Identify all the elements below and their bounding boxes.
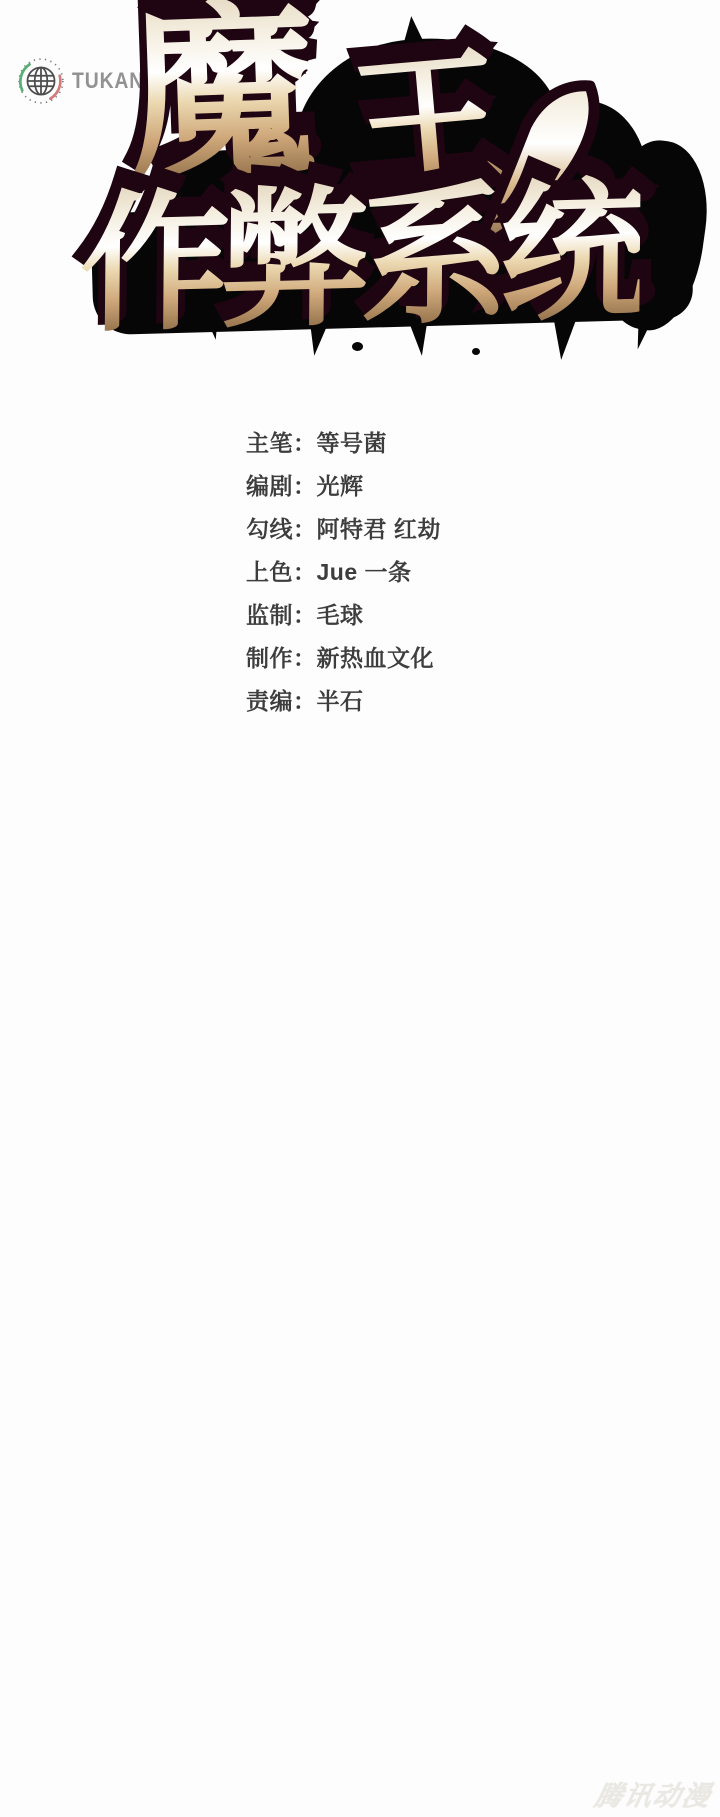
credit-row-lead-artist: 主笔：等号菌 — [246, 420, 441, 463]
credit-row-coloring: 上色：Jue 一条 — [246, 549, 441, 592]
credit-value: 阿特君 红劫 — [317, 511, 441, 544]
credit-label: 编剧： — [246, 468, 317, 501]
credit-row-screenwriter: 编剧：光辉 — [246, 463, 441, 506]
series-title-art: 魔 魔 王 王 作弊系统 作弊系统 — [0, 0, 720, 380]
title-line2: 作弊系统 作弊系统 — [79, 165, 640, 353]
credit-label: 责编： — [246, 683, 317, 716]
credit-row-production: 制作：新热血文化 — [246, 635, 441, 678]
credit-value: Jue 一条 — [317, 554, 412, 587]
credit-value: 毛球 — [317, 597, 364, 630]
publisher-watermark: 腾讯动漫 — [592, 1774, 716, 1813]
credit-value: 新热血文化 — [317, 640, 435, 673]
credit-label: 上色： — [246, 554, 317, 587]
credit-label: 监制： — [246, 597, 317, 630]
comic-title-page: TUKANGKOMIK 魔 魔 王 王 — [0, 0, 720, 1817]
ink-splatter-dot — [472, 348, 480, 355]
credit-value: 等号菌 — [317, 425, 388, 458]
credit-row-lineart: 勾线：阿特君 红劫 — [246, 506, 441, 549]
credit-value: 光辉 — [317, 468, 364, 501]
credit-label: 主笔： — [246, 425, 317, 458]
title-line2-fill: 作弊系统 — [79, 170, 640, 351]
credit-label: 勾线： — [246, 511, 317, 544]
credit-row-supervisor: 监制：毛球 — [246, 592, 441, 635]
credit-label: 制作： — [246, 640, 317, 673]
credit-row-editor: 责编：半石 — [246, 678, 441, 721]
credit-value: 半石 — [317, 683, 364, 716]
credits-list: 主笔：等号菌 编剧：光辉 勾线：阿特君 红劫 上色：Jue 一条 监制：毛球 制… — [246, 420, 441, 721]
